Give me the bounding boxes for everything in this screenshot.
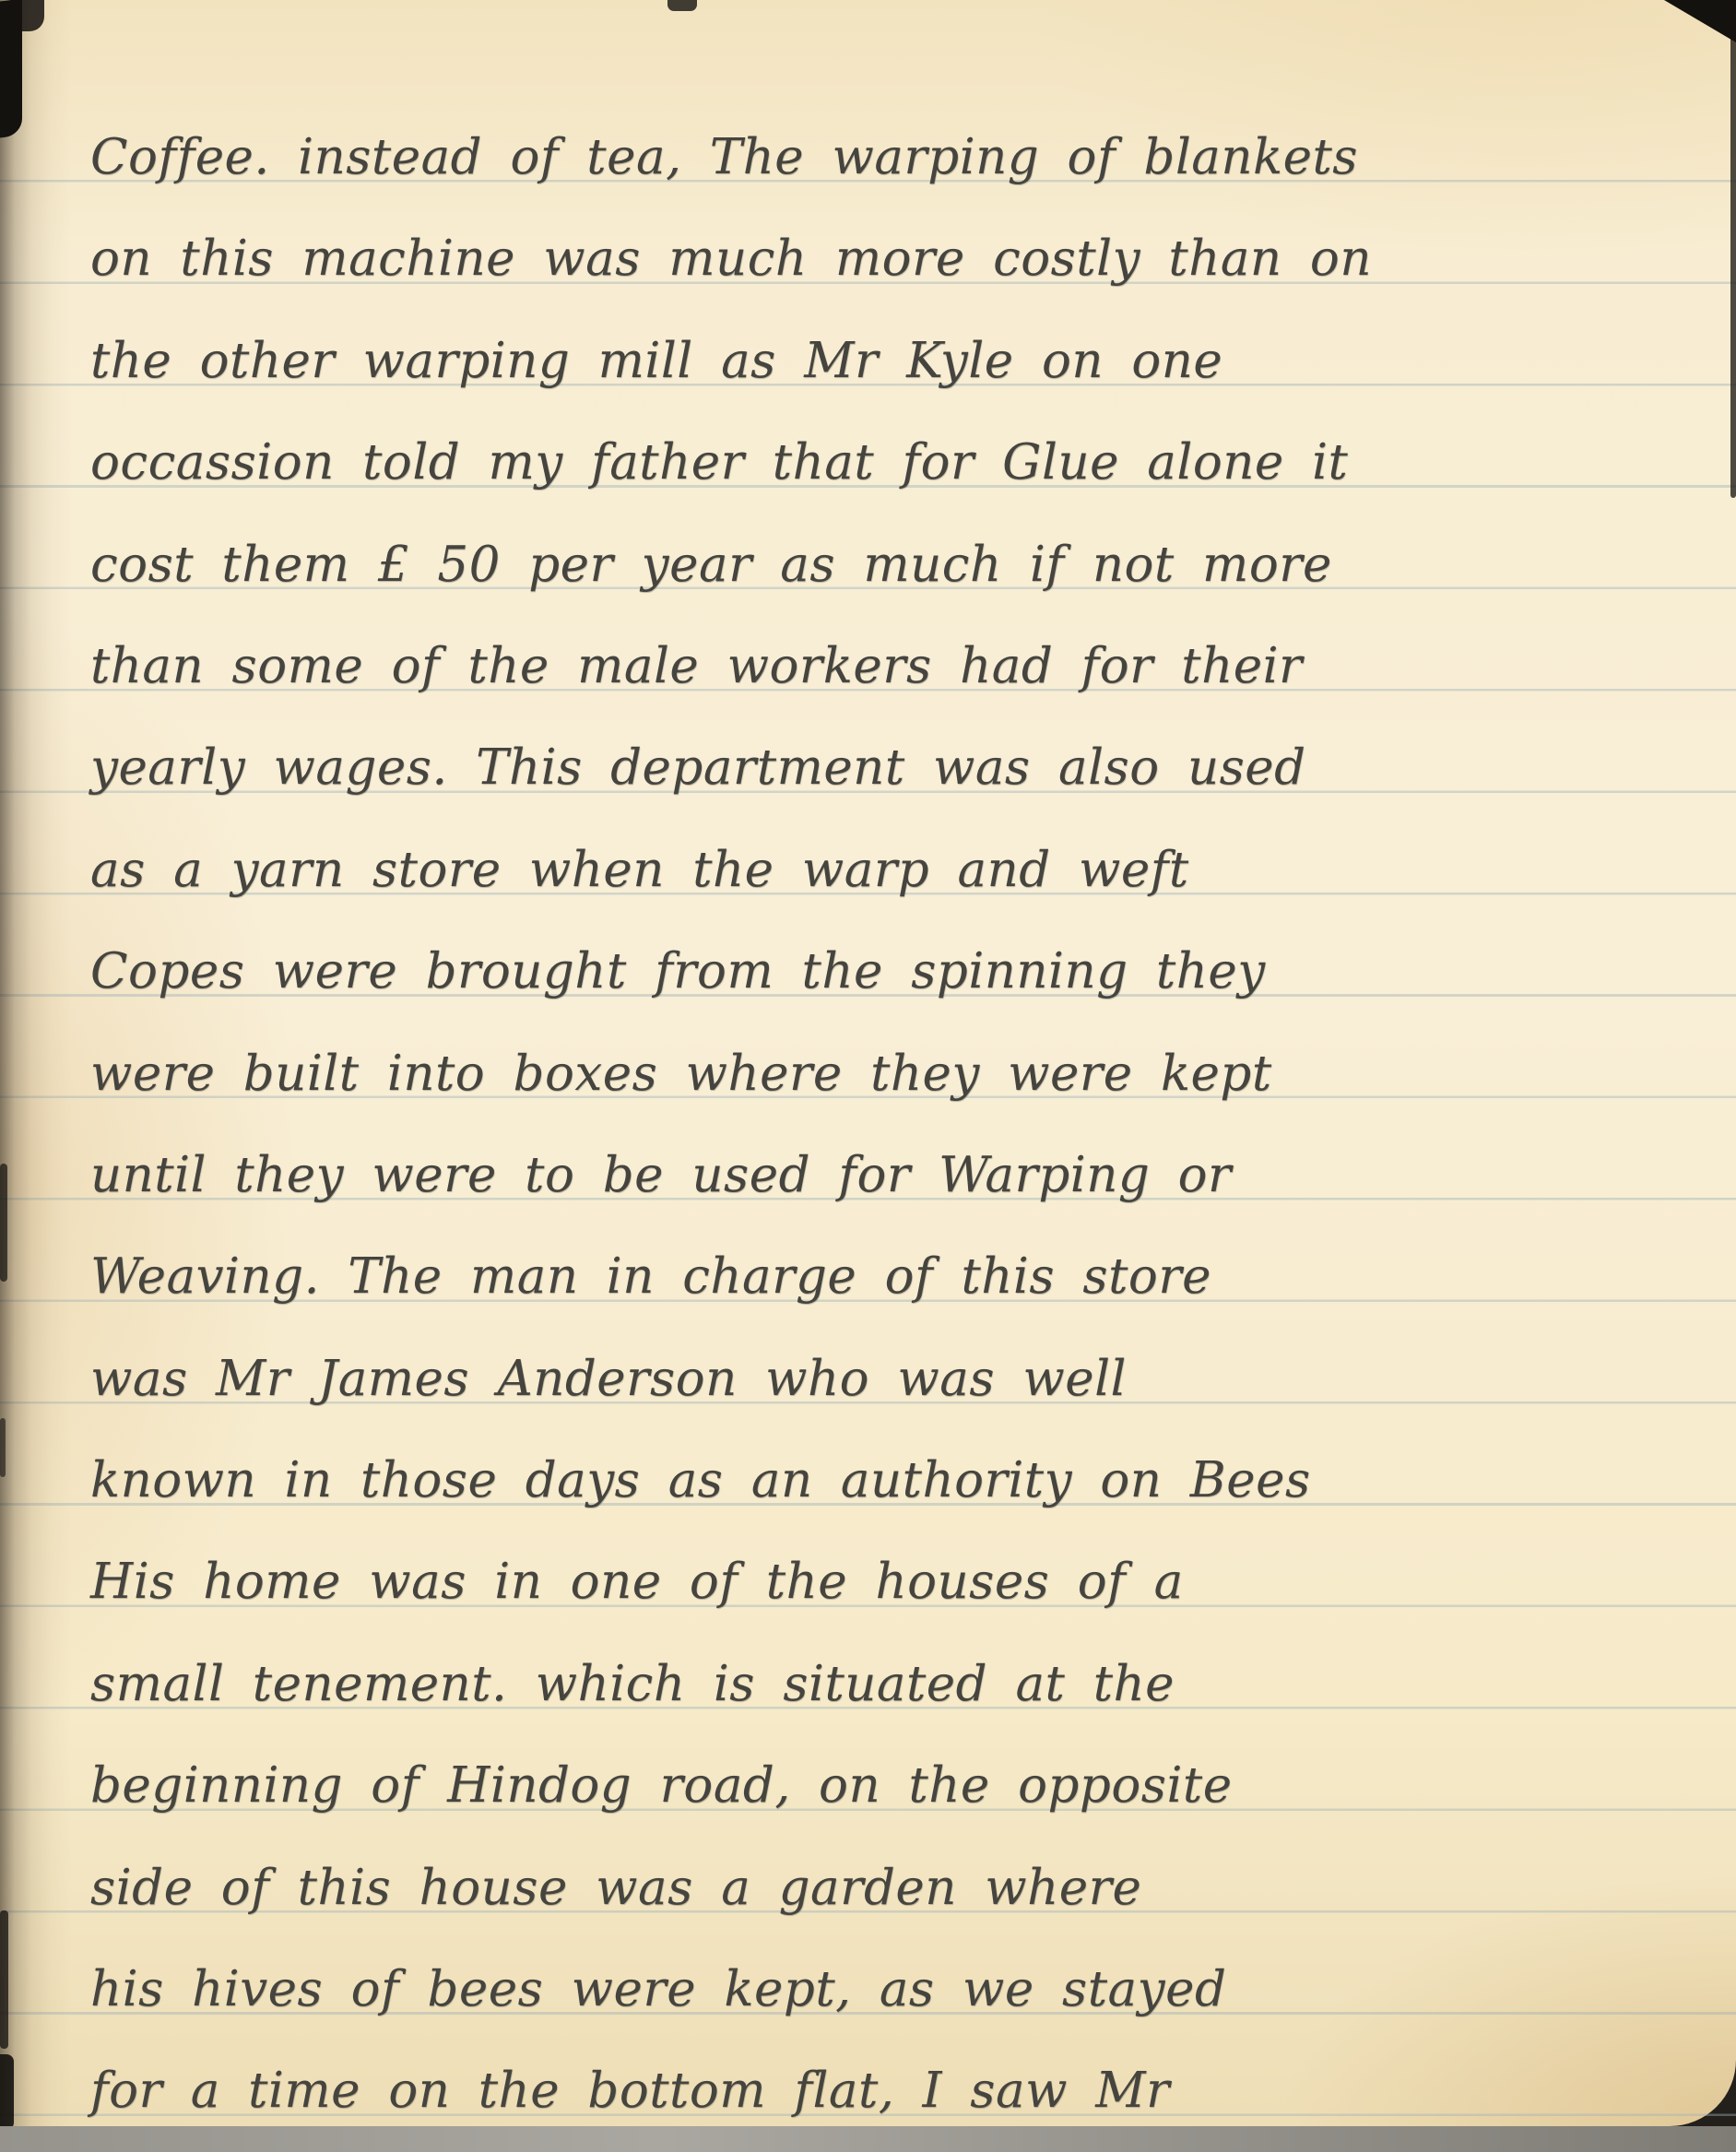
scan-artifact-top-edge — [667, 0, 697, 11]
manuscript-line: yearly wages. This department was also u… — [90, 717, 1703, 819]
manuscript-line: cost them £ 50 per year as much if not m… — [90, 514, 1703, 616]
manuscript-line: Coffee. instead of tea, The warping of b… — [90, 107, 1703, 208]
manuscript-line: were built into boxes where they were ke… — [90, 1023, 1703, 1125]
scan-artifact-left-edge — [0, 1418, 6, 1477]
manuscript-line: His home was in one of the houses of a — [90, 1531, 1703, 1633]
manuscript-line: his hives of bees were kept, as we staye… — [90, 1939, 1703, 2040]
manuscript-line: the other warping mill as Mr Kyle on one — [90, 311, 1703, 412]
manuscript-line: was Mr James Anderson who was well — [90, 1329, 1703, 1430]
manuscript-line: than some of the male workers had for th… — [90, 616, 1703, 717]
manuscript-line: until they were to be used for Warping o… — [90, 1125, 1703, 1226]
manuscript-line: on this machine was much more costly tha… — [90, 208, 1703, 310]
scan-artifact-right-edge — [1730, 0, 1736, 498]
manuscript-line: side of this house was a garden where — [90, 1838, 1703, 1939]
manuscript-text: Coffee. instead of tea, The warping of b… — [90, 107, 1703, 2143]
scan-artifact-top-left — [13, 0, 44, 31]
manuscript-line: as a yarn store when the warp and weft — [90, 820, 1703, 921]
manuscript-line: small tenement. which is situated at the — [90, 1634, 1703, 1735]
scan-artifact-bottom-left — [0, 2054, 14, 2130]
manuscript-line: Weaving. The man in charge of this store — [90, 1226, 1703, 1328]
manuscript-line: Copes were brought from the spinning the… — [90, 921, 1703, 1023]
manuscript-line: known in those days as an authority on B… — [90, 1430, 1703, 1531]
manuscript-line: occassion told my father that for Glue a… — [90, 412, 1703, 514]
notebook-page: Coffee. instead of tea, The warping of b… — [0, 0, 1736, 2152]
scan-artifact-left-edge — [0, 1910, 8, 2049]
binding-shadow — [0, 0, 72, 2126]
manuscript-line: beginning of Hindog road, on the opposit… — [90, 1735, 1703, 1837]
scanner-bottom-strip — [0, 2126, 1736, 2152]
scan-artifact-left-edge — [0, 1164, 7, 1282]
